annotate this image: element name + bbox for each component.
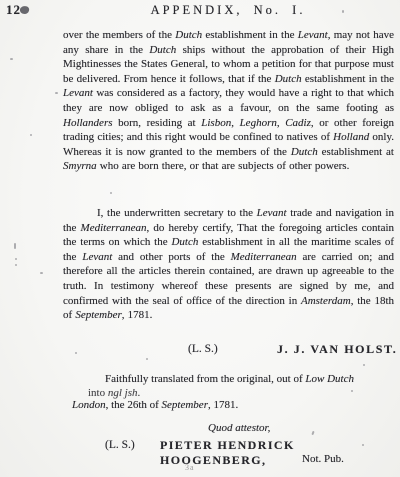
scan-artifact <box>363 364 365 366</box>
scan-artifact <box>351 390 353 392</box>
signatory-name-van-holst: J. J. VAN HOLST. <box>277 342 397 357</box>
scan-artifact <box>362 444 364 446</box>
scan-artifact <box>110 192 112 194</box>
paragraph-1: over the members of the Dutch establishm… <box>63 28 394 174</box>
notary-public-title: Not. Pub. <box>302 453 344 465</box>
scan-artifact <box>75 352 77 354</box>
dateline-london: London, the 26th of September, 1781. <box>72 399 238 411</box>
scan-artifact <box>15 258 17 260</box>
scan-artifact <box>30 134 32 136</box>
signatory-name-hoogenberg: PIETER HENDRICK HOOGENBERG, <box>160 438 400 468</box>
translation-note-line1: Faithfully translated from the original,… <box>105 373 354 385</box>
scan-artifact <box>55 92 58 94</box>
scan-artifact <box>10 58 13 60</box>
translation-note-line2: into ngl jsh. <box>88 387 140 399</box>
quod-attestor-line: Quod attestor, <box>208 422 270 434</box>
scan-artifact <box>40 272 43 274</box>
paragraph-2: I, the underwritten secretary to the Lev… <box>63 206 394 323</box>
scan-artifact <box>14 243 16 249</box>
scan-artifact <box>311 431 314 435</box>
document-page: 12 APPENDIX, No. I. over the members of … <box>0 0 400 477</box>
scan-artifact <box>15 264 17 266</box>
scan-artifact <box>146 358 148 360</box>
catchword-mark: 3a <box>185 463 195 472</box>
seal-mark-hoogenberg: (L. S.) <box>105 439 135 451</box>
scan-artifact <box>342 10 344 13</box>
seal-mark-van-holst: (L. S.) <box>188 343 218 355</box>
